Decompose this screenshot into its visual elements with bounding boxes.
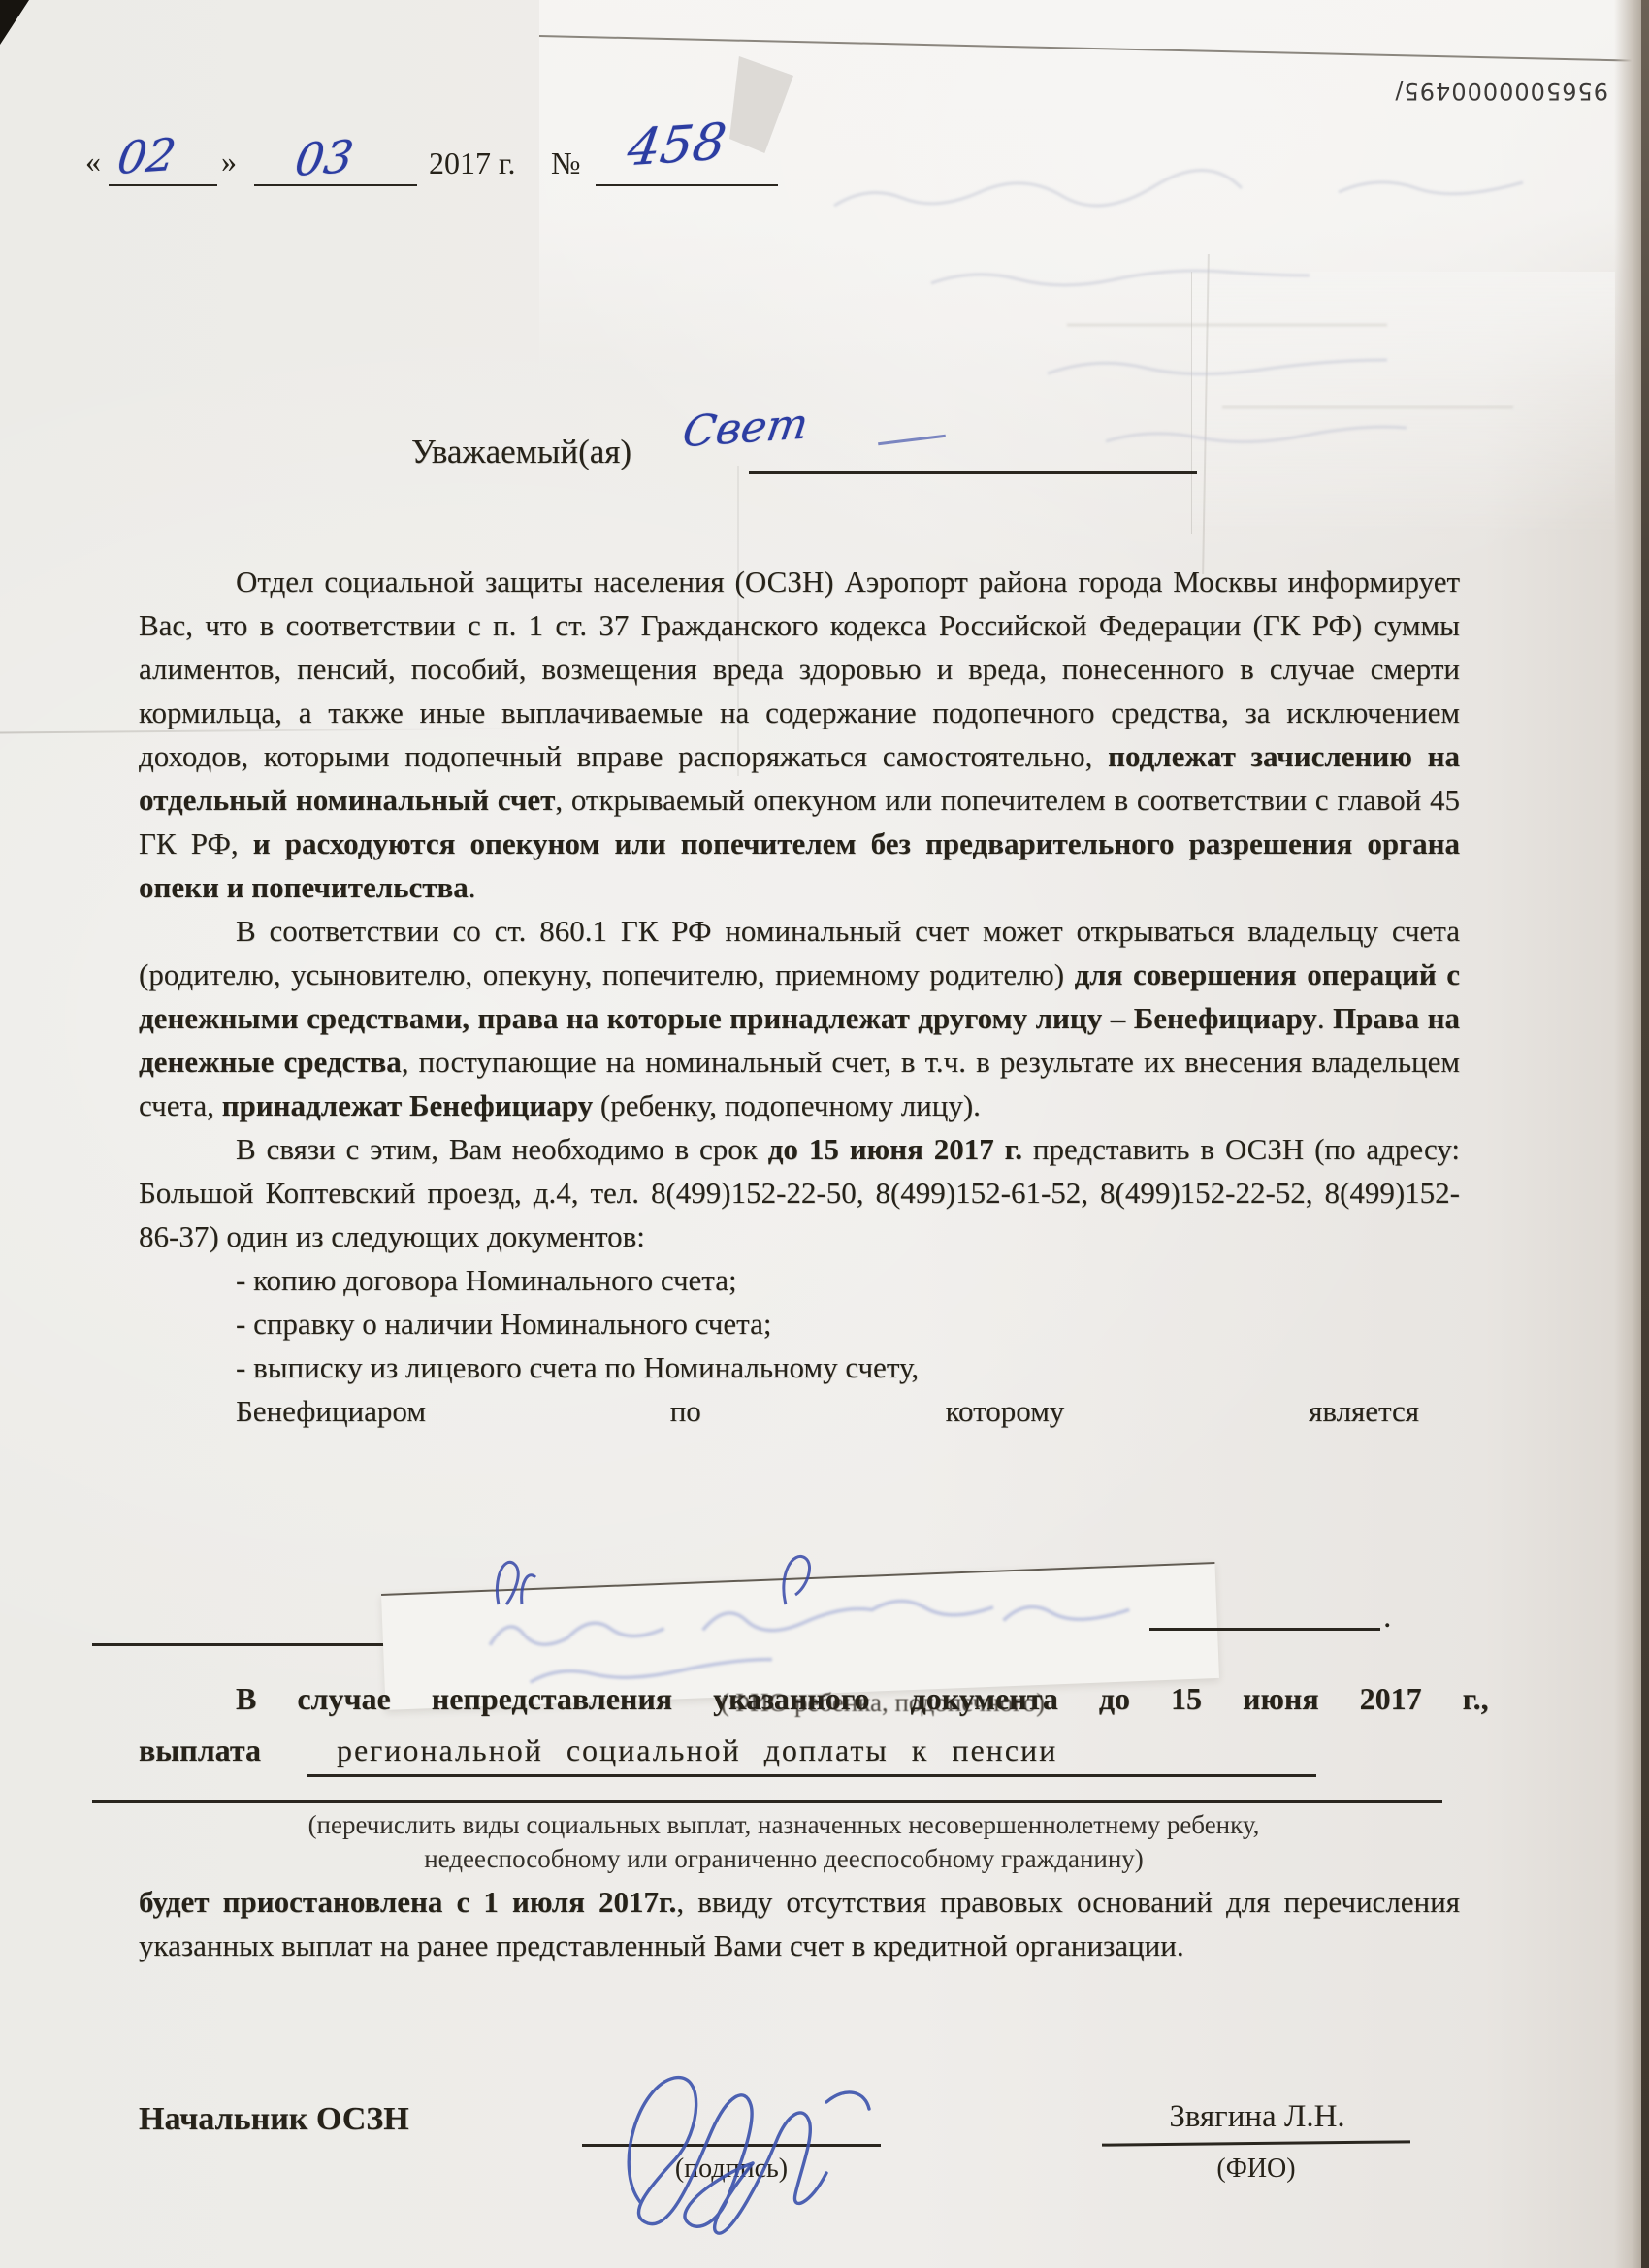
scanner-edge-dark xyxy=(1641,0,1649,2268)
paragraph: Отдел социальной защиты населения (ОСЗН)… xyxy=(139,560,1460,909)
period: . xyxy=(1383,1599,1392,1636)
scanner-edge-gray xyxy=(1614,0,1641,2268)
signer-name: Звягина Л.Н. xyxy=(1106,2099,1408,2135)
number-blank-line xyxy=(596,184,778,186)
salutation-blank-line xyxy=(749,471,1197,474)
payment-type-filled: региональной социальной доплаты к пенсии xyxy=(307,1733,1316,1777)
signer-position: Начальник ОСЗН xyxy=(139,2101,409,2138)
scan-reference-number: 9565000000495/ xyxy=(1414,78,1608,105)
payment-label: выплата xyxy=(139,1733,261,1767)
handwritten-day: 02 xyxy=(114,128,179,184)
handwriting-ascender xyxy=(485,1548,553,1608)
payments-caption-line2: недееспособному или ограниченно дееспосо… xyxy=(139,1844,1429,1874)
handwritten-addressee-name: Свет xyxy=(680,400,812,458)
case-warning-line: В случае непредставления указанного доку… xyxy=(139,1681,1497,1717)
name-line xyxy=(1102,2140,1410,2146)
scanned-letter-page: 9565000000495/ « » 2017 г. № 02 03 458 У… xyxy=(0,0,1649,2268)
handwritten-month: 03 xyxy=(292,130,357,186)
list-item: - копию договора Номинального счета; xyxy=(139,1258,1460,1302)
handwriting-ascender xyxy=(766,1544,824,1606)
beneficiary-word: которому xyxy=(946,1389,1065,1433)
date-number-line: « xyxy=(85,144,101,179)
name-caption: (ФИО) xyxy=(1102,2154,1410,2185)
list-item: - справку о наличии Номинального счета; xyxy=(139,1302,1460,1345)
month-blank-line xyxy=(254,184,417,186)
number-sign: № xyxy=(551,146,581,181)
quote-open: « xyxy=(85,144,101,178)
payment-line: выплатарегиональной социальной доплаты к… xyxy=(139,1733,1460,1777)
day-blank-line xyxy=(109,184,217,186)
final-paragraph: будет приостановлена с 1 июля 2017г., вв… xyxy=(139,1880,1460,1967)
beneficiary-word: является xyxy=(1309,1389,1419,1433)
ink-signature xyxy=(582,2049,902,2238)
list-item: - выписку из лицевого счета по Номинальн… xyxy=(139,1345,1460,1389)
payments-caption-line1: (перечислить виды социальных выплат, наз… xyxy=(139,1810,1429,1840)
beneficiary-word: Бенефициаром xyxy=(236,1389,426,1433)
paragraph: В соответствии со ст. 860.1 ГК РФ номина… xyxy=(139,909,1460,1127)
salutation-label: Уважаемый(ая) xyxy=(411,433,631,471)
letter-body: Отдел социальной защиты населения (ОСЗН)… xyxy=(139,560,1460,1433)
scan-corner-artifact xyxy=(0,0,29,45)
quote-close: » xyxy=(221,144,237,179)
beneficiary-fill-line: Бенефициаром по которому является xyxy=(236,1389,1419,1433)
beneficiary-word: по xyxy=(670,1389,701,1433)
ghost-handwriting xyxy=(815,146,1610,466)
year-label: 2017 г. xyxy=(429,146,516,181)
paragraph: В связи с этим, Вам необходимо в срок до… xyxy=(139,1127,1460,1258)
fill-blank-line-right xyxy=(1149,1628,1380,1631)
fill-blank-line-left xyxy=(92,1643,410,1646)
fill-blank-line-wide xyxy=(92,1800,1442,1803)
handwritten-doc-number: 458 xyxy=(624,113,729,178)
